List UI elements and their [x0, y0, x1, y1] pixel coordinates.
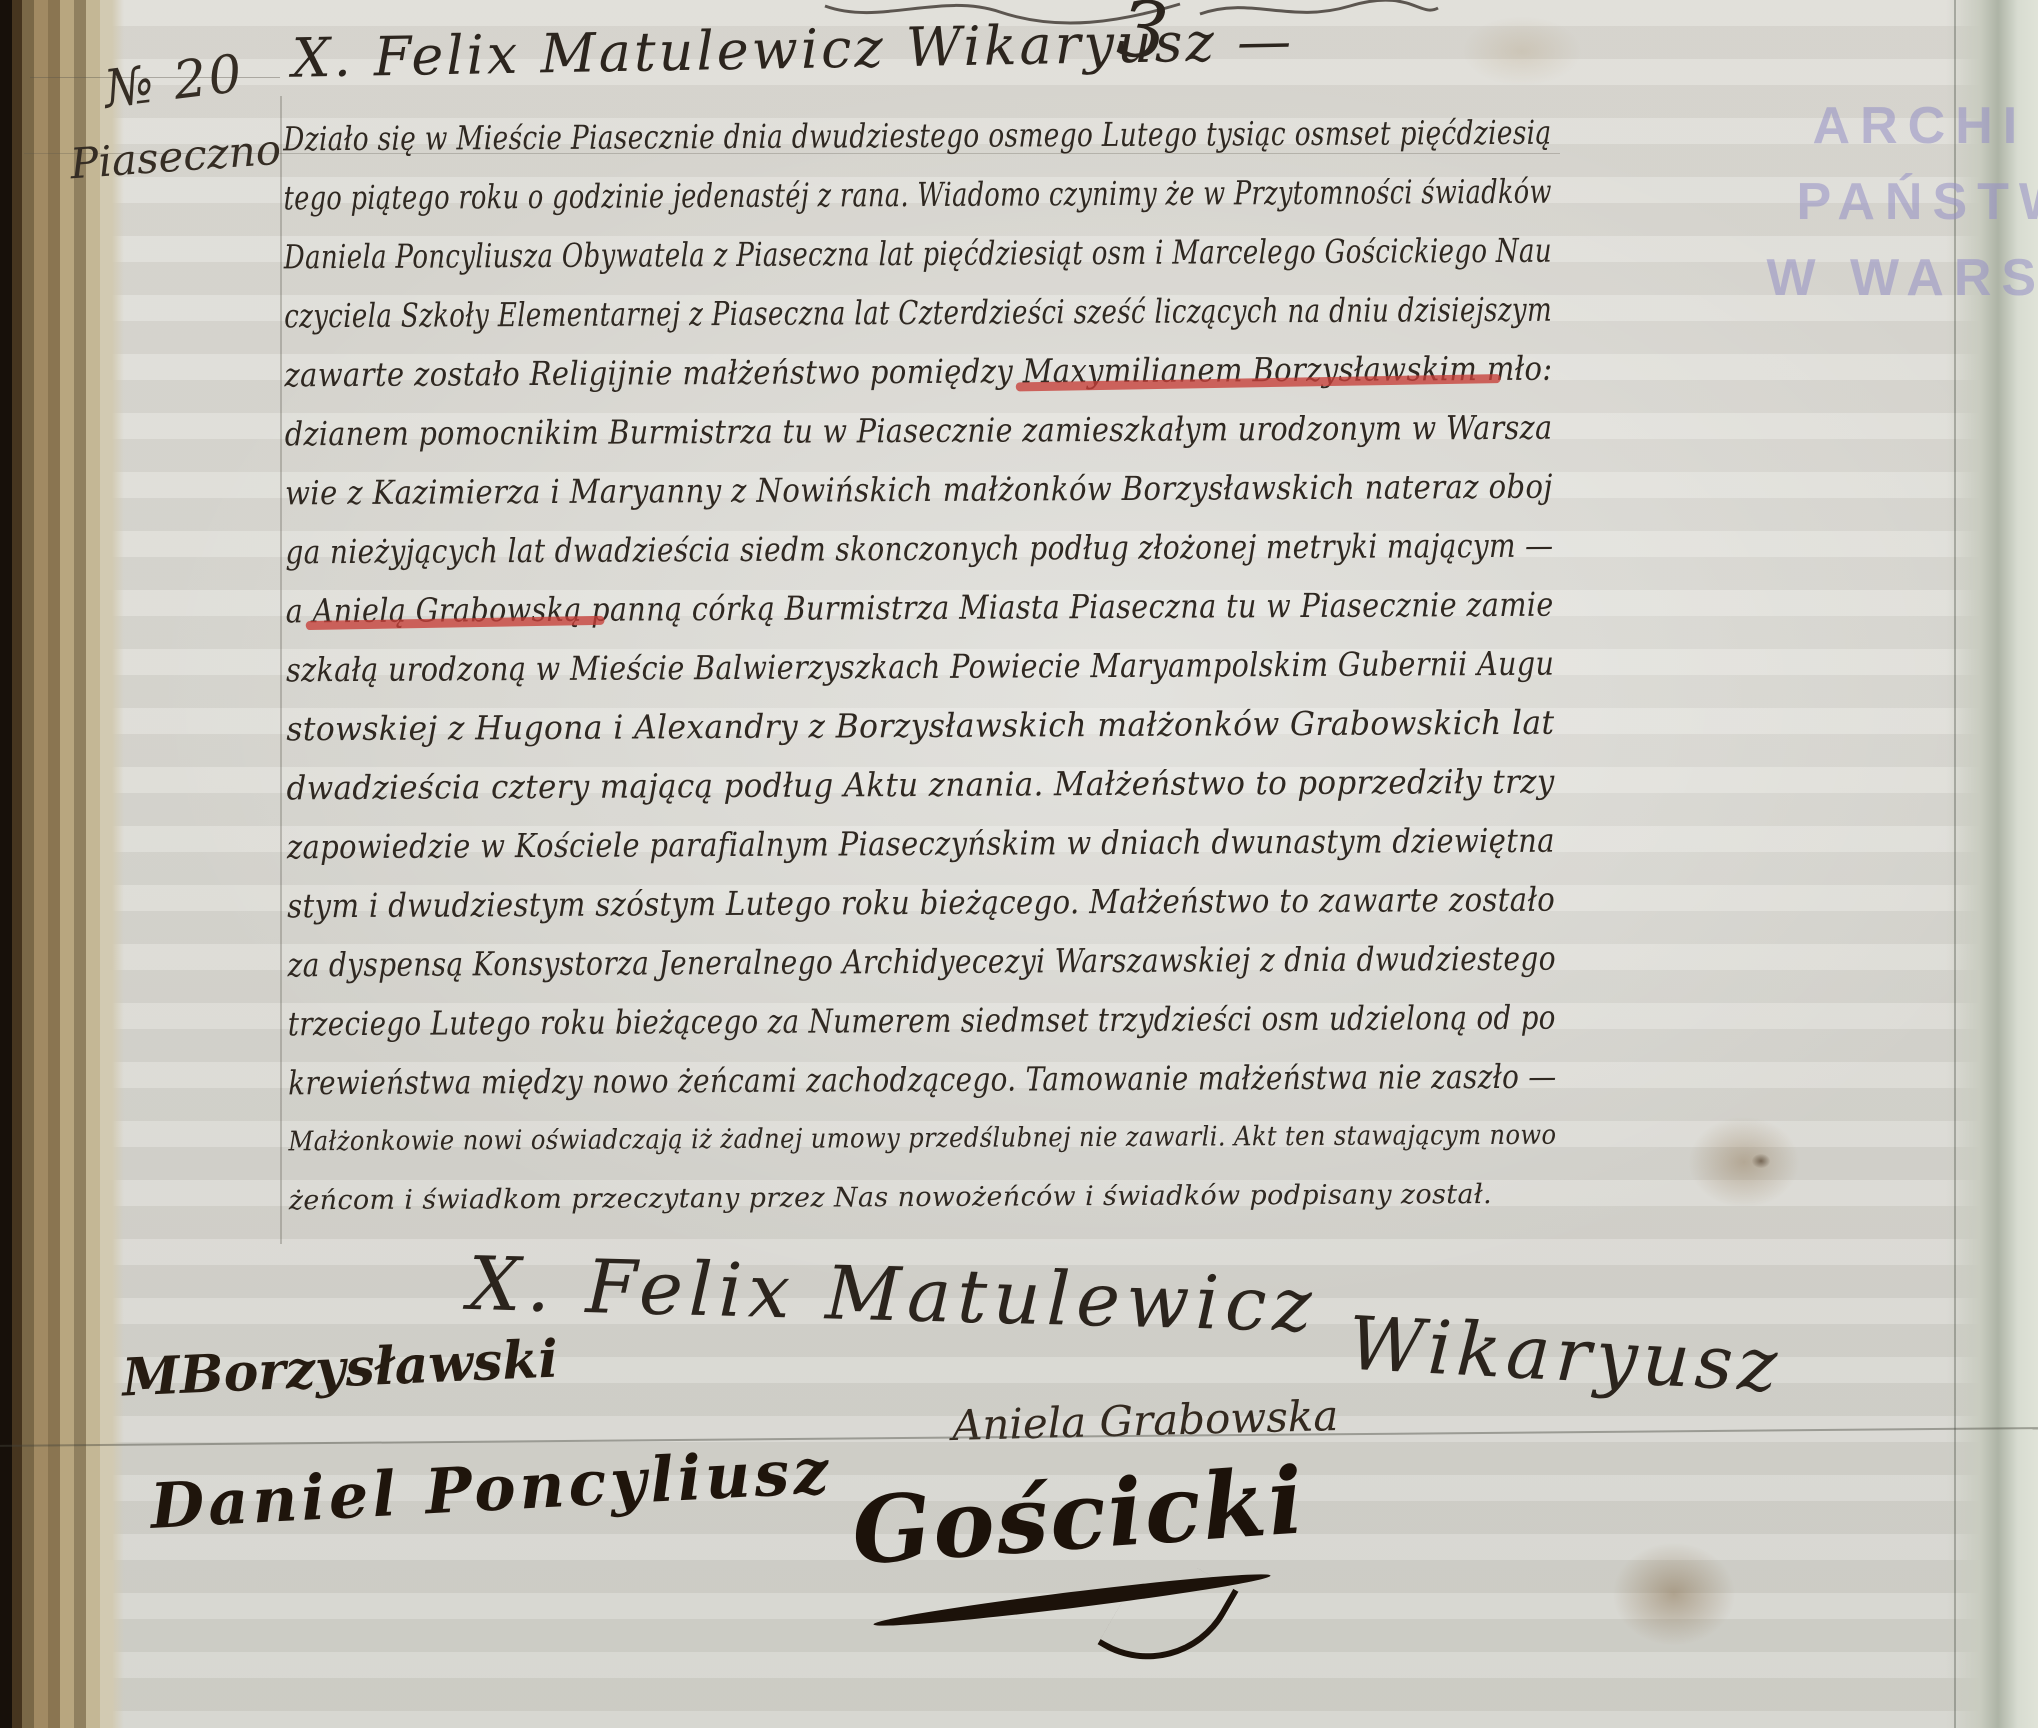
ink-stain [1612, 1542, 1736, 1646]
body-line: Małżonkowie nowi oświadczają iż żadnej u… [288, 1106, 1430, 1171]
body-line: tego piątego roku o godzinie jedenastéj … [283, 163, 1272, 227]
red-underlined-name: Anielą Grabowską [312, 590, 581, 630]
body-line-text: ga nieżyjących lat dwadzieścia siedm sko… [285, 526, 1553, 572]
body-line-text: stym i dwudziestym szóstym Lutego roku b… [287, 880, 1555, 926]
body-line: zapowiedzie w Kościele parafialnym Piase… [287, 811, 1403, 876]
body-lines: Działo się w Mieście Piasecznie dnia dwu… [283, 103, 1561, 1231]
body-line-text: Działo się w Mieście Piasecznie dnia dwu… [283, 113, 1551, 159]
body-line: czyciela Szkoły Elementarnej z Piaseczna… [284, 281, 1291, 345]
body-line: stowskiej z Hugona i Alexandry z Borzysł… [286, 693, 1495, 758]
body-line-text: żeńcom i świadkom przeczytany przez Nas … [289, 1179, 1492, 1216]
body-line: stym i dwudziestym szóstym Lutego roku b… [287, 870, 1410, 935]
ink-stain [1688, 1116, 1800, 1208]
body-line-text: wie z Kazimierza i Maryanny z Nowińskich… [285, 467, 1553, 513]
body-line-text: za dyspensą Konsystorza Jeneralnego Arch… [287, 939, 1556, 985]
body-line-text: zapowiedzie w Kościele parafialnym Piase… [287, 821, 1555, 867]
body-line: Działo się w Mieście Piasecznie dnia dwu… [283, 104, 1301, 168]
celebrant-header: X. Felix Matulewicz Wikaryusz — [292, 9, 1295, 89]
red-underlined-name: Maxymilianem Borzysławskim [1023, 349, 1478, 390]
body-line: wie z Kazimierza i Maryanny z Nowińskich… [285, 457, 1408, 522]
margin-rule-vertical [280, 96, 282, 1244]
signature-priest-title: Wikaryusz [1346, 1301, 1784, 1410]
document-page: ARCHIPAŃSTWW WARS 3 № 20 Piaseczno X. Fe… [0, 0, 2038, 1728]
signature-witness-daniel: Daniel Poncyliusz [149, 1434, 835, 1543]
body-line: dzianem pomocnikim Burmistrza tu w Piase… [285, 399, 1387, 464]
body-line-text: dzianem pomocnikim Burmistrza tu w Piase… [285, 408, 1553, 454]
body-line-text: krewieństwa między nowo żeńcami zachodzą… [288, 1057, 1557, 1103]
body-line: szkałą urodzoną w Mieście Balwierzyszkac… [286, 635, 1390, 700]
body-line-text: panną córką Burmistrza Miasta Piaseczna … [582, 585, 1554, 629]
body-line: krewieństwa między nowo żeńcami zachodzą… [288, 1048, 1362, 1113]
body-line: a Anielą Grabowską panną córką Burmistrz… [286, 576, 1391, 641]
body-line-text: tego piątego roku o godzinie jedenastéj … [283, 172, 1551, 218]
body-line-text: szkałą urodzoną w Mieście Balwierzyszkac… [286, 644, 1554, 690]
ink-stain [1752, 1154, 1770, 1168]
signature-groom: MBorzysławski [121, 1329, 559, 1409]
body-line: dwadzieścia cztery mającą podług Aktu zn… [286, 752, 1476, 817]
body-line-text: trzeciego Lutego roku bieżącego za Numer… [288, 998, 1556, 1044]
body-line-text: Daniela Poncyliusza Obywatela z Piaseczn… [284, 231, 1552, 277]
page-edge-crease [1954, 0, 1956, 1728]
book-binding-edge [0, 0, 124, 1728]
body-line: żeńcom i świadkom przeczytany przez Nas … [289, 1165, 1557, 1231]
body-line-text: stowskiej z Hugona i Alexandry z Borzysł… [286, 703, 1554, 749]
body-line-text: zawarte zostało Religijnie małżeństwo po… [284, 351, 1022, 394]
body-line: Daniela Poncyliusza Obywatela z Piaseczn… [284, 222, 1289, 286]
body-line-text: dwadzieścia cztery mającą podług Aktu zn… [287, 762, 1555, 808]
signature-witness-goscicki: Gościcki [849, 1446, 1309, 1585]
body-line: trzeciego Lutego roku bieżącego za Numer… [288, 989, 1356, 1054]
signature-bride: Aniela Grabowska [951, 1391, 1338, 1450]
body-line-text: Małżonkowie nowi oświadczają iż żadnej u… [288, 1120, 1556, 1158]
page-edge-right [1946, 0, 2038, 1728]
signature-priest-name: X. Felix Matulewicz [467, 1241, 1319, 1349]
body-line-text: czyciela Szkoły Elementarnej z Piaseczna… [284, 290, 1552, 336]
body-line: zawarte zostało Religijnie małżeństwo po… [284, 339, 1404, 404]
body-line: za dyspensą Konsystorza Jeneralnego Arch… [287, 930, 1368, 995]
paper-stain [1462, 16, 1582, 86]
body-line: ga nieżyjących lat dwadzieścia siedm sko… [285, 517, 1364, 582]
